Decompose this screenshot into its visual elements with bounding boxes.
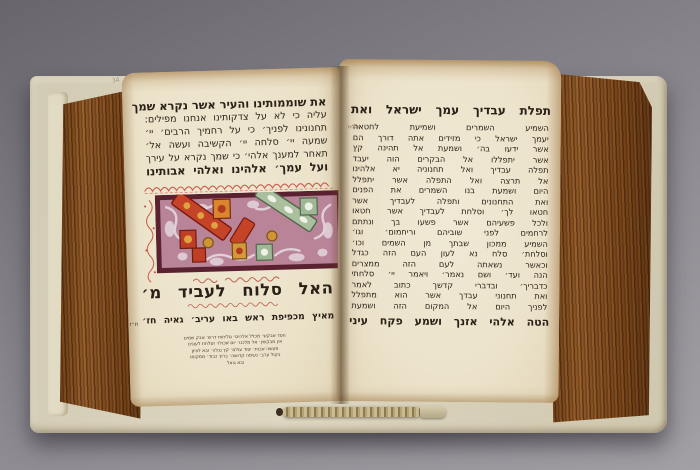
illuminated-panel-art (155, 190, 344, 275)
left-parchment-page: את שוממותינו והעיר אשר נקרא שמך עליה כי … (121, 67, 348, 407)
left-page-margin-note: ת״ז (129, 322, 138, 328)
left-page-display-line: האל סלוח לעביד מ׳ (141, 278, 333, 302)
text-line: ועל עמך׳ אלהינו ואלהי אבותינו (146, 160, 328, 178)
page-edge-stripes (548, 64, 652, 426)
pencil-folio-mark: 34 (112, 77, 121, 85)
clasp-remnant (420, 406, 446, 418)
red-gloss-squiggle-icon (186, 300, 282, 310)
photograph-of-manuscript: את שוממותינו והעיר אשר נקרא שמך עליה כי … (0, 0, 700, 470)
left-page-gloss-block: חסד אבקש׳ מכלל אלהים׳ סליחות דרש׳ אבק שמ… (165, 333, 306, 369)
endband-hole-icon (276, 408, 283, 416)
gutter-shadow (330, 66, 350, 404)
left-page-caption-line: מאיץ מכפיפת ראש באו עריב׳ גאיה חז׳ (142, 310, 334, 326)
right-page-footer-line: הטה אלהי אזנך ושמע פקח עיני (349, 314, 549, 329)
right-page-header-line: תפלת עבדיך עמך ישראל ואת (351, 102, 551, 118)
sewn-endband (283, 407, 421, 417)
right-page-text-block: השמיע השמרים ושמיעת לחטאה יעמך ישראל כי … (351, 121, 549, 312)
right-fore-edge-page-stack (548, 64, 652, 426)
text-line: לפניך היום אל המקום הזה ושמעת (351, 300, 547, 312)
right-parchment-page: תפלת עבדיך עמך ישראל ואת תהלים השמיע השמ… (337, 59, 562, 403)
left-page-text-block: את שוממותינו והעיר אשר נקרא שמך עליה כי … (144, 95, 328, 178)
